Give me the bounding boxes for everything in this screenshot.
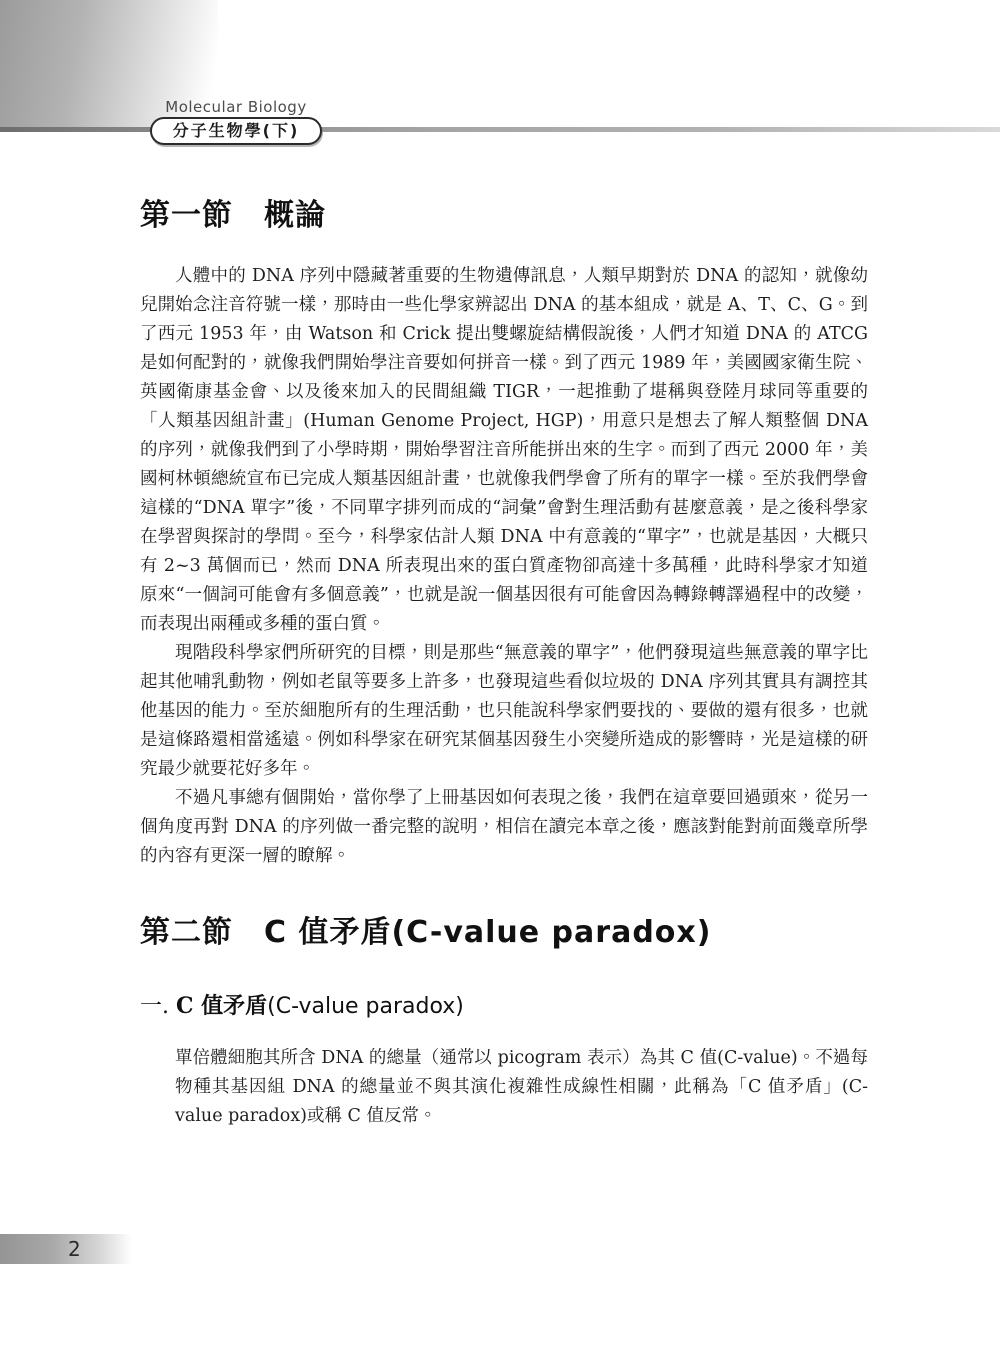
section-1-paragraph-3: 不過凡事總有個開始，當你學了上冊基因如何表現之後，我們在這章要回過頭來，從另一個… [140,784,868,871]
page-number: 2 [0,1237,81,1261]
book-page: Molecular Biology 分子生物學(下) 第一節 概論 人體中的 D… [0,0,1000,1353]
page-content: 第一節 概論 人體中的 DNA 序列中隱藏著重要的生物遺傳訊息，人類早期對於 D… [0,0,1000,1131]
subsection-1-number: 一. [140,994,176,1019]
subsection-1-heading: 一. C 值矛盾(C-value paradox) [140,991,868,1022]
brand-title-badge: 分子生物學(下) [150,117,322,145]
section-1-paragraph-2: 現階段科學家們所研究的目標，則是那些“無意義的單字”，他們發現這些無意義的單字比… [140,639,868,784]
subsection-1-heading-english: (C-value paradox) [267,994,464,1019]
subsection-1-heading-chinese: C 值矛盾 [176,993,267,1019]
brand-title-english: Molecular Biology [150,99,322,116]
section-1-title: 第一節 概論 [140,196,868,236]
page-number-bar: 2 [0,1234,132,1264]
section-1-paragraph-1: 人體中的 DNA 序列中隱藏著重要的生物遺傳訊息，人類早期對於 DNA 的認知，… [140,262,868,639]
section-2-title: 第二節 C 值矛盾(C-value paradox) [140,913,868,953]
subsection-1-paragraph-1: 單倍體細胞其所含 DNA 的總量（通常以 picogram 表示）為其 C 值(… [175,1044,868,1131]
book-brand: Molecular Biology 分子生物學(下) [150,99,322,145]
